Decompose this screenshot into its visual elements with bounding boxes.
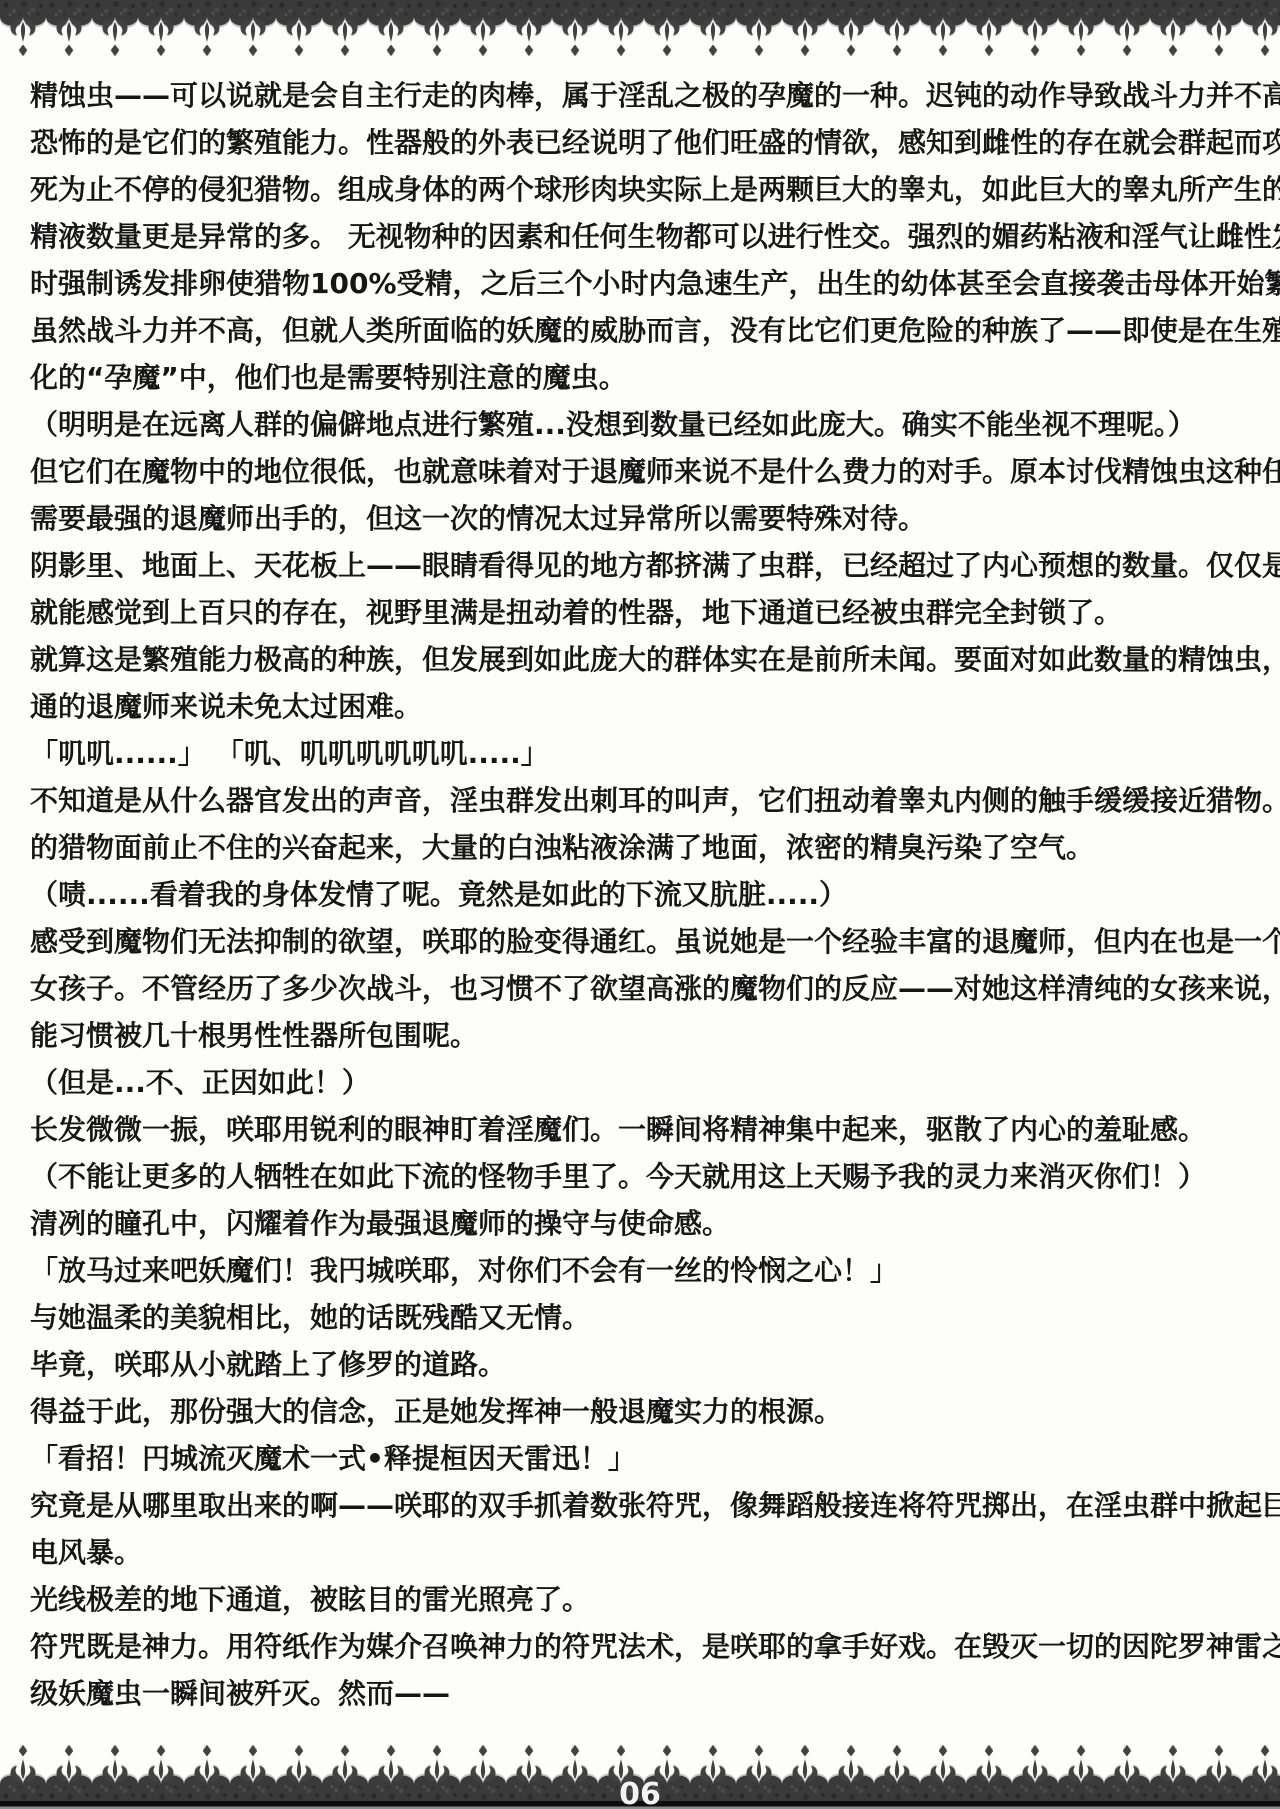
text-line: 虽然战斗力并不高，但就人类所面临的妖魔的威胁而言，没有比它们更危险的种族了——即… [30,307,1258,354]
story-text-block: 精蚀虫——可以说就是会自主行走的肉棒，属于淫乱之极的孕魔的一种。迟钝的动作导致战… [30,72,1258,1717]
text-line: 时强制诱发排卵使猎物100%受精，之后三个小时内急速生产，出生的幼体甚至会直接袭… [30,260,1258,307]
text-line: 得益于此，那份强大的信念，正是她发挥神一般退魔实力的根源。 [30,1388,1258,1435]
text-line: 不知道是从什么器官发出的声音，淫虫群发出刺耳的叫声，它们扭动着睾丸内侧的触手缓缓… [30,777,1258,824]
text-line: 电风暴。 [30,1529,1258,1576]
text-line: 就能感觉到上百只的存在，视野里满是扭动着的性器，地下通道已经被虫群完全封锁了。 [30,589,1258,636]
text-line: （明明是在远离人群的偏僻地点进行繁殖...没想到数量已经如此庞大。确实不能坐视不… [30,401,1258,448]
text-line: 需要最强的退魔师出手的，但这一次的情况太过异常所以需要特殊对待。 [30,495,1258,542]
text-line: 清冽的瞳孔中，闪耀着作为最强退魔师的操守与使命感。 [30,1200,1258,1247]
text-line: 精蚀虫——可以说就是会自主行走的肉棒，属于淫乱之极的孕魔的一种。迟钝的动作导致战… [30,72,1258,119]
text-line: 通的退魔师来说未免太过困难。 [30,683,1258,730]
text-line: 与她温柔的美貌相比，她的话既残酷又无情。 [30,1294,1258,1341]
text-line: 毕竟，咲耶从小就踏上了修罗的道路。 [30,1341,1258,1388]
text-line: 的猎物面前止不住的兴奋起来，大量的白浊粘液涂满了地面，浓密的精臭污染了空气。 [30,824,1258,871]
text-line: 究竟是从哪里取出来的啊——咲耶的双手抓着数张符咒，像舞蹈般接连将符咒掷出，在淫虫… [30,1482,1258,1529]
text-line: （啧......看着我的身体发情了呢。竟然是如此的下流又肮脏.....） [30,871,1258,918]
text-line: （不能让更多的人牺牲在如此下流的怪物手里了。今天就用这上天赐予我的灵力来消灭你们… [30,1153,1258,1200]
text-line: 符咒既是神力。用符纸作为媒介召唤神力的符咒法术，是咲耶的拿手好戏。在毁灭一切的因… [30,1623,1258,1670]
text-line: 级妖魔虫一瞬间被歼灭。然而—— [30,1670,1258,1717]
page-number: 06 [0,1777,1280,1809]
text-line: 就算这是繁殖能力极高的种族，但发展到如此庞大的群体实在是前所未闻。要面对如此数量… [30,636,1258,683]
text-line: 感受到魔物们无法抑制的欲望，咲耶的脸变得通红。虽说她是一个经验丰富的退魔师，但内… [30,918,1258,965]
text-line: 长发微微一振，咲耶用锐利的眼神盯着淫魔们。一瞬间将精神集中起来，驱散了内心的羞耻… [30,1106,1258,1153]
text-line: 女孩子。不管经历了多少次战斗，也习惯不了欲望高涨的魔物们的反应——对她这样清纯的… [30,965,1258,1012]
document-page: 精蚀虫——可以说就是会自主行走的肉棒，属于淫乱之极的孕魔的一种。迟钝的动作导致战… [0,0,1280,1809]
text-line: 化的“孕魔”中，他们也是需要特别注意的魔虫。 [30,354,1258,401]
fleur-de-lis-border-top-icon [0,0,1280,56]
text-line: 「叽叽......」 「叽、叽叽叽叽叽叽.....」 [30,730,1258,777]
text-line: 恐怖的是它们的繁殖能力。性器般的外表已经说明了他们旺盛的情欲，感知到雌性的存在就… [30,119,1258,166]
text-line: 精液数量更是异常的多。 无视物种的因素和任何生物都可以进行性交。强烈的媚药粘液和… [30,213,1258,260]
text-line: 阴影里、地面上、天花板上——眼睛看得见的地方都挤满了虫群，已经超过了内心预想的数… [30,542,1258,589]
text-line: 但它们在魔物中的地位很低，也就意味着对于退魔师来说不是什么费力的对手。原本讨伐精… [30,448,1258,495]
text-line: 「放马过来吧妖魔们！我円城咲耶，对你们不会有一丝的怜悯之心！」 [30,1247,1258,1294]
text-line: 能习惯被几十根男性性器所包围呢。 [30,1012,1258,1059]
text-line: 「看招！円城流灭魔术一式•释提桓因天雷迅！」 [30,1435,1258,1482]
text-line: 死为止不停的侵犯猎物。组成身体的两个球形肉块实际上是两颗巨大的睾丸，如此巨大的睾… [30,166,1258,213]
text-line: （但是...不、正因如此！） [30,1059,1258,1106]
text-line: 光线极差的地下通道，被眩目的雷光照亮了。 [30,1576,1258,1623]
